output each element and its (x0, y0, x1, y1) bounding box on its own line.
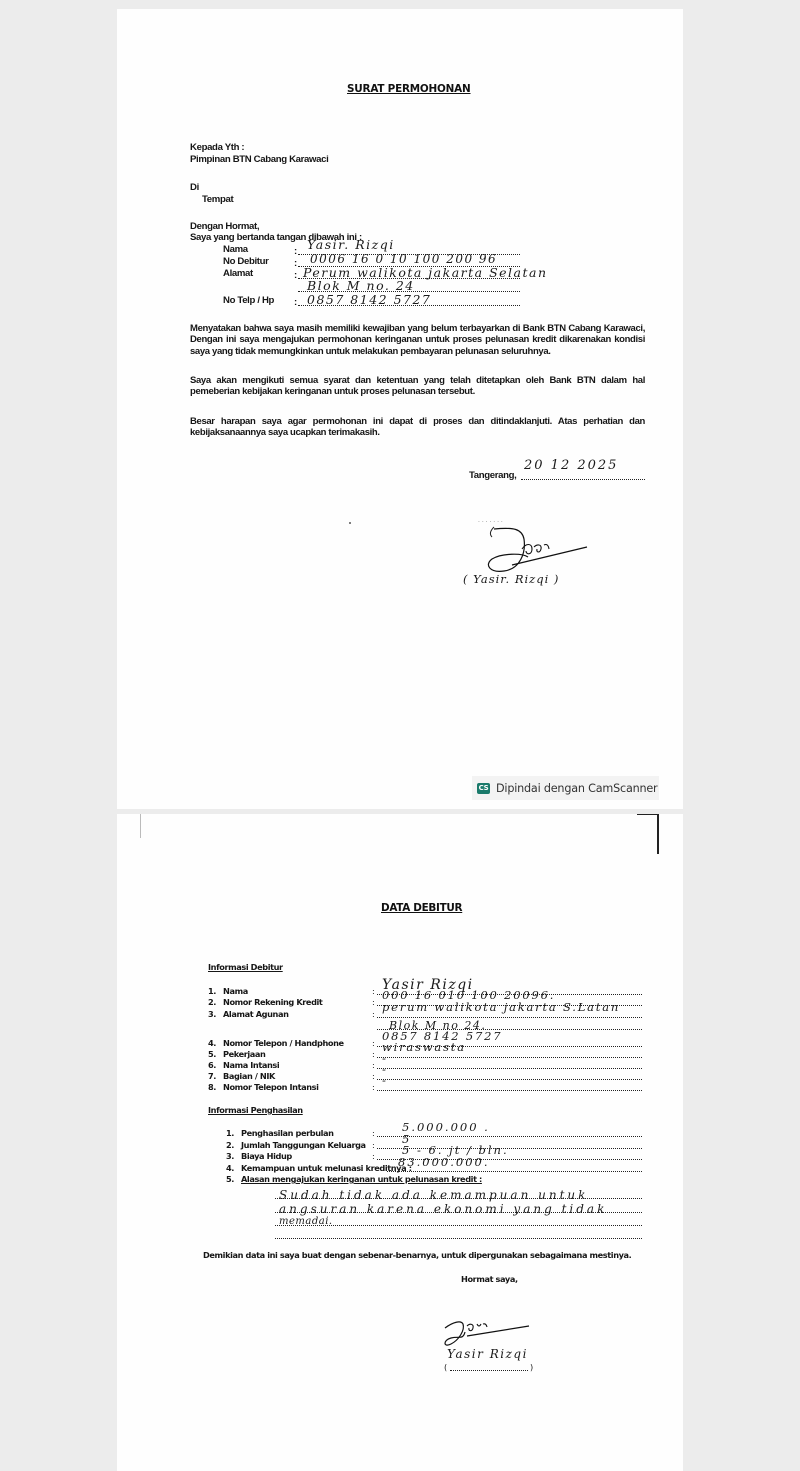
debtor-item-label: Nama (223, 986, 248, 996)
colon: : (372, 986, 374, 996)
field-value-alamat-2[interactable]: Blok M no. 24 (307, 278, 415, 293)
income-item-label: Penghasilan perbulan (241, 1128, 334, 1138)
income-item-value[interactable]: 83.000.000. (398, 1155, 490, 1169)
paragraph-1: Menyatakan bahwa saya masih memiliki kew… (190, 323, 645, 357)
debtor-item-label: Nomor Telepon / Handphone (223, 1038, 344, 1048)
debtor-item-dotted-line (377, 1090, 642, 1091)
section-debtor-info-title: Informasi Debitur (208, 962, 283, 972)
debtor-item-value[interactable]: perum walikota jakarta S.Latan (382, 1000, 620, 1014)
signature-name: ( Yasir. Rizqi ) (463, 572, 559, 586)
colon: : (372, 1082, 374, 1092)
income-item-label: Jumlah Tanggungan Keluarga (241, 1140, 366, 1150)
debtor-item-number: 2. (208, 997, 216, 1007)
reason-line-2[interactable]: angsuran karena ekonomi yang tidak (279, 1202, 607, 1216)
reason-line-3[interactable]: memadai. (279, 1216, 333, 1227)
debtor-item-label: Nomor Rekening Kredit (223, 997, 322, 1007)
reason-line-1[interactable]: Sudah tidak ada kemampuan untuk (279, 1188, 588, 1202)
scan-speck (349, 522, 351, 524)
date-dotted-line (521, 479, 645, 480)
colon: : (294, 297, 297, 308)
recipient-line1: Kepada Yth : (190, 142, 244, 153)
colon: : (372, 1009, 374, 1019)
income-item-value[interactable]: 5.000.000 . (402, 1120, 490, 1134)
signature-bracket-left: ( (444, 1362, 447, 1372)
debtor-item-dotted-line (377, 1017, 642, 1018)
letter-title: SURAT PERMOHONAN (347, 83, 471, 95)
debtor-item-dotted-line (377, 1079, 642, 1080)
field-value-telp[interactable]: 0857 8142 5727 (307, 292, 431, 307)
debtor-item-number: 1. (208, 986, 216, 996)
debtor-title: DATA DEBITUR (381, 902, 462, 914)
debtor-item-dotted-line (377, 1057, 642, 1058)
svg-text:· · · · · · ·: · · · · · · · (478, 519, 503, 526)
debtor-item-number: 6. (208, 1060, 216, 1070)
colon: : (372, 1140, 374, 1150)
debtor-item-number: 4. (208, 1038, 216, 1048)
colon: : (372, 1071, 374, 1081)
debtor-item-number: 5. (208, 1049, 216, 1059)
camscanner-label: Dipindai dengan CamScanner (496, 782, 657, 795)
income-item-number: 5. (226, 1174, 234, 1184)
recipient-line2: Pimpinan BTN Cabang Karawaci (190, 154, 328, 165)
field-value-nama[interactable]: Yasir. Rizqi (307, 237, 395, 252)
colon: : (372, 1128, 374, 1138)
city-label: Tangerang, (469, 470, 517, 481)
scan-edge (657, 814, 659, 854)
income-item-number: 3. (226, 1151, 234, 1161)
signature-name: Yasir Rizqi (447, 1347, 528, 1361)
debtor-item-label: Pekerjaan (223, 1049, 265, 1059)
colon: : (372, 997, 374, 1007)
colon: : (294, 246, 297, 257)
section-income-info-title: Informasi Penghasilan (208, 1105, 303, 1115)
income-item-number: 4. (226, 1163, 234, 1173)
field-label-nama: Nama (223, 244, 248, 255)
income-item-label: Alasan mengajukan keringanan untuk pelun… (241, 1174, 482, 1184)
debtor-item-number: 7. (208, 1071, 216, 1081)
income-item-label: Kemampuan untuk melunasi kreditnya : (241, 1163, 412, 1173)
field-label-telp: No Telp / Hp (223, 295, 274, 306)
place-line1: Di (190, 182, 199, 193)
debtor-item-label: Nomor Telepon Intansi (223, 1082, 319, 1092)
greeting: Dengan Hormat, (190, 221, 259, 232)
debtor-item-label: Bagian / NIK (223, 1071, 275, 1081)
debtor-item-number: 3. (208, 1009, 216, 1019)
letter-page: SURAT PERMOHONAN Kepada Yth : Pimpinan B… (117, 9, 683, 809)
place-line2: Tempat (202, 194, 233, 205)
signature-dotted-line (450, 1370, 528, 1371)
field-label-no-debitur: No Debitur (223, 256, 269, 267)
regards-label: Hormat saya, (461, 1274, 518, 1284)
field-label-alamat: Alamat (223, 268, 253, 279)
camscanner-icon: CS (477, 783, 490, 794)
debtor-item-label: Alamat Agunan (223, 1009, 289, 1019)
debtor-item-label: Nama Intansi (223, 1060, 279, 1070)
reason-dotted-line (275, 1238, 642, 1239)
colon: : (294, 258, 297, 269)
income-item-number: 1. (226, 1128, 234, 1138)
closing-statement: Demikian data ini saya buat dengan seben… (203, 1250, 631, 1260)
colon: : (372, 1060, 374, 1070)
income-item-dotted-line (377, 1136, 642, 1137)
colon: : (372, 1038, 374, 1048)
scan-edge (637, 814, 658, 815)
scan-edge (140, 814, 141, 838)
debtor-item-number: 8. (208, 1082, 216, 1092)
debtor-item-value-2[interactable]: Blok M no 24. (389, 1019, 486, 1032)
colon: : (294, 270, 297, 281)
debtor-item-dotted-line (377, 1068, 642, 1069)
signature-bracket-right: ) (530, 1362, 533, 1372)
camscanner-badge[interactable]: CS Dipindai dengan CamScanner (472, 776, 659, 800)
paragraph-3: Besar harapan saya agar permohonan ini d… (190, 416, 645, 439)
paragraph-2: Saya akan mengikuti semua syarat dan ket… (190, 375, 645, 398)
debtor-item-value[interactable]: wiraswasta (382, 1040, 466, 1054)
colon: : (372, 1151, 374, 1161)
income-item-label: Biaya Hidup (241, 1151, 292, 1161)
income-item-dotted-line (387, 1171, 642, 1172)
field-value-no-debitur[interactable]: 0006 16 0 10 100 200 96 (310, 252, 497, 266)
debtor-item-value[interactable]: - (382, 1073, 388, 1087)
colon: : (372, 1049, 374, 1059)
income-item-number: 2. (226, 1140, 234, 1150)
date-value[interactable]: 20 12 2025 (524, 458, 618, 473)
debtor-data-page: DATA DEBITUR Informasi Debitur 1. Nama :… (117, 814, 683, 1471)
